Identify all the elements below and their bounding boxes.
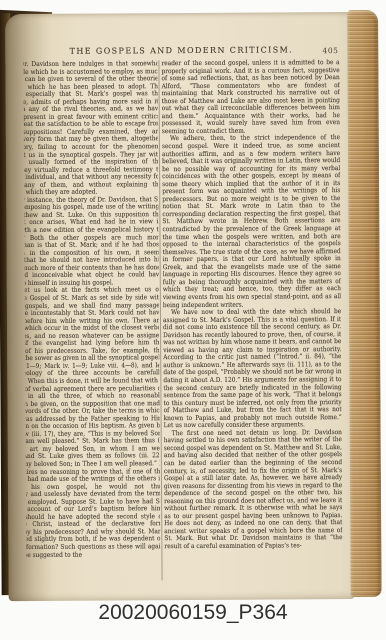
paragraph: reader of the second gospel, unless it i… bbox=[161, 59, 340, 136]
page-fore-edge bbox=[347, 10, 382, 597]
running-header: THE GOSPELS AND MODERN CRITICISM. bbox=[23, 45, 339, 56]
page-header: THE GOSPELS AND MODERN CRITICISM. 405 bbox=[23, 45, 339, 59]
paragraph: We have now to deal with the date which … bbox=[163, 308, 342, 430]
right-column: reader of the second gospel, unless it i… bbox=[161, 59, 342, 584]
page-number: 405 bbox=[323, 46, 339, 55]
paragraph: Take, for instance, the theory of Dr. Da… bbox=[23, 196, 160, 288]
left-column: Although Dr. Davidson here indulges in t… bbox=[23, 60, 160, 585]
paragraph: The first one need not detain us long. D… bbox=[164, 429, 343, 551]
book: THE GOSPELS AND MODERN CRITICISM. 405 Al… bbox=[0, 0, 386, 640]
scan-id-label: 20020060159_P364 bbox=[0, 601, 386, 625]
paragraph: We adhere, then, to the strict independe… bbox=[162, 135, 341, 310]
right-column-text: reader of the second gospel, unless it i… bbox=[161, 59, 342, 551]
book-page: THE GOSPELS AND MODERN CRITICISM. 405 Al… bbox=[5, 12, 355, 601]
paragraph: Although Dr. Davidson here indulges in t… bbox=[23, 60, 160, 197]
paragraph: Again, let us look at the facts which me… bbox=[23, 287, 160, 560]
left-column-text: Although Dr. Davidson here indulges in t… bbox=[23, 60, 160, 559]
